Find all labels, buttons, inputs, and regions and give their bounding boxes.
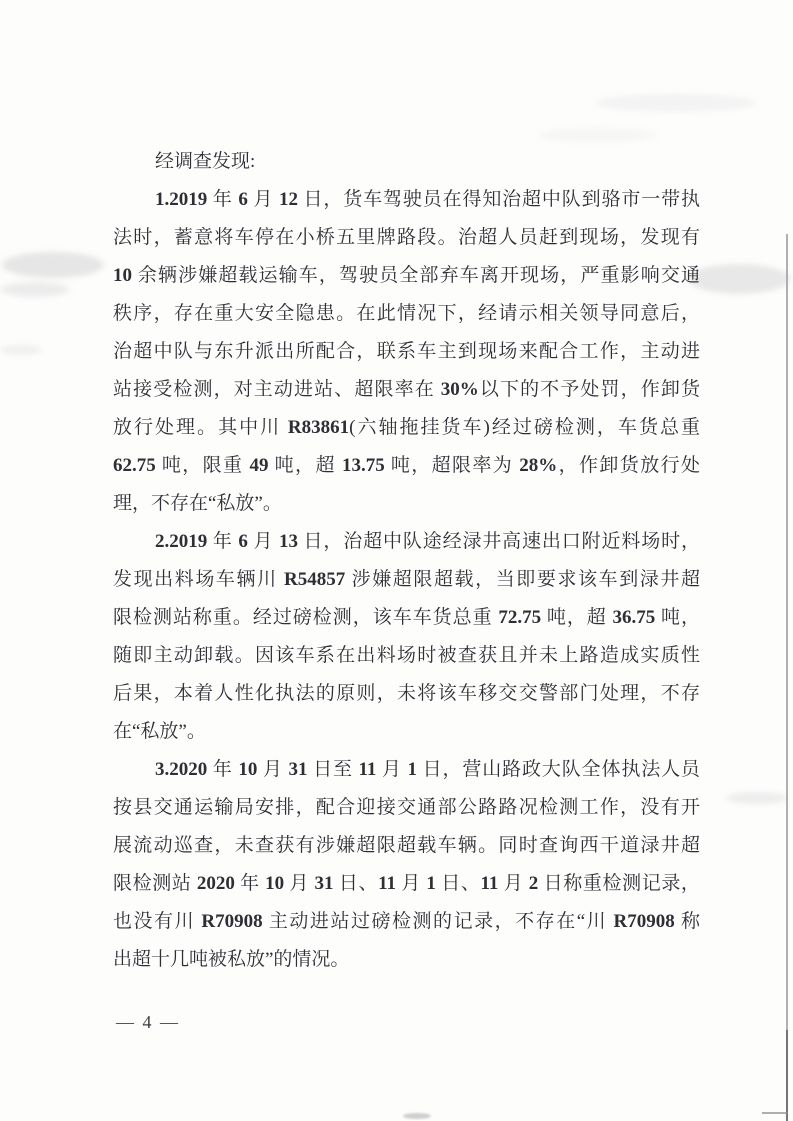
text-line: 1.2019 年 6 月 12 日，货车驾驶员在得知治超中队到骆市一带执 [113,181,700,219]
scan-smudge [538,128,658,142]
text-line: 站接受检测，对主动进站、超限率在 30%以下的不予处罚，作卸货 [113,371,700,409]
text-line: 限检测站 2020 年 10 月 31 日、11 月 1 日、11 月 2 日称… [113,865,700,903]
text-line: 限检测站称重。经过磅检测，该车车货总重 72.75 吨，超 36.75 吨， [113,599,700,637]
text-line: 10 余辆涉嫌超载运输车，驾驶员全部弃车离开现场，严重影响交通 [113,257,700,295]
text-line: 后果，本着人性化执法的原则，未将该车移交交警部门处理，不存 [113,675,700,713]
document-body: 经调查发现: 1.2019 年 6 月 12 日，货车驾驶员在得知治超中队到骆市… [113,143,700,979]
text-line: 理，不存在“私放”。 [113,485,700,523]
scan-smudge [596,94,756,112]
scan-smudge [2,252,104,278]
scan-smudge [726,792,788,804]
scan-smudge [0,282,70,297]
scan-corner-tick [762,1112,788,1114]
scan-edge-line [786,234,788,1121]
text-line: 62.75 吨，限重 49 吨，超 13.75 吨，超限率为 28%，作卸货放行… [113,447,700,485]
text-line: 秩序，存在重大安全隐患。在此情况下，经请示相关领导同意后， [113,295,700,333]
section-heading: 经调查发现: [113,143,700,181]
text-line: 法时，蓄意将车停在小桥五里牌路段。治超人员赶到现场，发现有 [113,219,700,257]
text-line: 治超中队与东升派出所配合，联系车主到现场来配合工作，主动进 [113,333,700,371]
scan-smudge [0,345,42,355]
text-line: 发现出料场车辆川 R54857 涉嫌超限超载，当即要求该车到渌井超 [113,561,700,599]
text-line: 也没有川 R70908 主动进站过磅检测的记录，不存在“川 R70908 称 [113,903,700,941]
text-line: 放行处理。其中川 R83861(六轴拖挂货车)经过磅检测，车货总重 [113,409,700,447]
text-line: 随即主动卸载。因该车系在出料场时被查获且并未上路造成实质性 [113,637,700,675]
scan-edge-line-dark [786,1030,788,1121]
text-line: 展流动巡查，未查获有涉嫌超限超载车辆。同时查询西干道渌井超 [113,827,700,865]
scanned-page: 经调查发现: 1.2019 年 6 月 12 日，货车驾驶员在得知治超中队到骆市… [0,0,793,1121]
scan-smudge [403,1113,431,1119]
text-line: 在“私放”。 [113,713,700,751]
text-line: 3.2020 年 10 月 31 日至 11 月 1 日，营山路政大队全体执法人… [113,751,700,789]
scan-smudge [688,264,790,294]
text-line: 按县交通运输局安排，配合迎接交通部公路路况检测工作，没有开 [113,789,700,827]
text-line: 2.2019 年 6 月 13 日，治超中队途经渌井高速出口附近料场时， [113,523,700,561]
page-number: — 4 — [116,1008,180,1036]
text-line: 出超十几吨被私放”的情况。 [113,941,700,979]
